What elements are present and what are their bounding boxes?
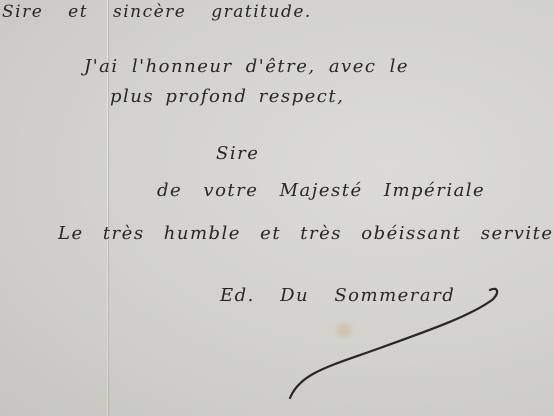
- letter-line-2: J'ai l'honneur d'être, avec le: [84, 56, 409, 77]
- letter-line-1: Sire et sincère gratitude.: [2, 2, 312, 22]
- signature-flourish-icon: [270, 278, 510, 408]
- closing-line: Le très humble et très obéissant servite…: [58, 223, 554, 244]
- salutation-sire: Sire: [216, 143, 259, 164]
- letter-line-5: de votre Majesté Impériale: [157, 180, 485, 201]
- letter-photo: Sire et sincère gratitude. J'ai l'honneu…: [0, 0, 554, 416]
- letter-line-3: plus profond respect,: [110, 86, 344, 107]
